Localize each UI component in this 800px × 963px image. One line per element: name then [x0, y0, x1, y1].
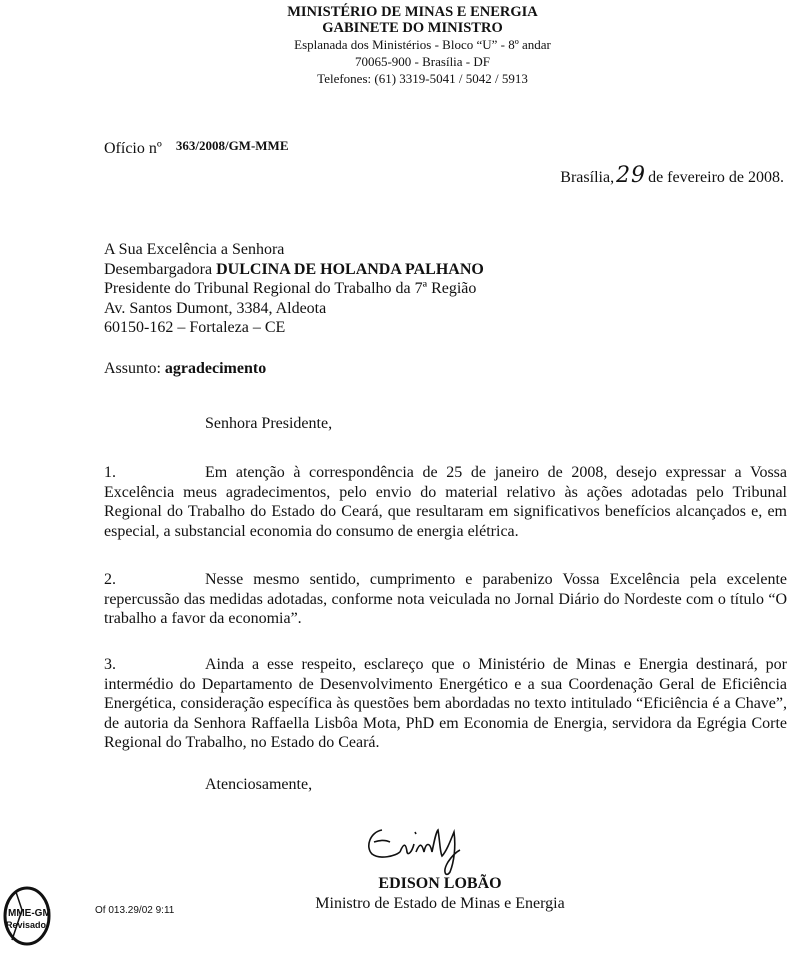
phone-line: Telefones: (61) 3319-5041 / 5042 / 5913 — [0, 70, 800, 87]
date-day-handwritten: 29 — [616, 163, 646, 188]
recipient-line: Desembargadora DULCINA DE HOLANDA PALHAN… — [104, 260, 484, 280]
recipient-line: Av. Santos Dumont, 3384, Aldeota — [104, 299, 484, 319]
salutation: Senhora Presidente, — [205, 415, 332, 433]
paragraph-number: 3. — [104, 655, 205, 675]
letter-date: Brasília,29de fevereiro de 2008. — [560, 163, 784, 188]
oficio-reference: Ofício nº363/2008/GM-MME — [104, 138, 289, 158]
closing: Atenciosamente, — [205, 776, 312, 794]
cabinet-name: GABINETE DO MINISTRO — [0, 20, 800, 36]
paragraph-text: Ainda a esse respeito, esclareço que o M… — [104, 656, 787, 751]
document-code: Of 013.29/02 9:11 — [95, 905, 174, 916]
paragraph-number: 1. — [104, 463, 205, 483]
date-city: Brasília, — [560, 169, 614, 186]
paragraph-text: Em atenção à correspondência de 25 de ja… — [104, 464, 787, 540]
letterhead: MINISTÉRIO DE MINAS E ENERGIA GABINETE D… — [0, 4, 800, 87]
recipient-block: A Sua Excelência a Senhora Desembargador… — [104, 240, 484, 338]
stamp-text-1: MME-GM — [8, 908, 51, 919]
paragraph-number: 2. — [104, 570, 205, 590]
paragraph-1: 1.Em atenção à correspondência de 25 de … — [104, 463, 787, 541]
subject-value: agradecimento — [165, 360, 266, 377]
signer-role: Ministro de Estado de Minas e Energia — [290, 895, 590, 913]
paragraph-2: 2.Nesse mesmo sentido, cumprimento e par… — [104, 570, 787, 629]
subject-line: Assunto: agradecimento — [104, 360, 266, 378]
stamp-text-2: Revisado — [6, 920, 47, 930]
recipient-name: DULCINA DE HOLANDA PALHANO — [216, 261, 484, 278]
revision-stamp: MME-GM Revisado — [2, 880, 62, 955]
ministry-name: MINISTÉRIO DE MINAS E ENERGIA — [0, 4, 800, 20]
date-rest: de fevereiro de 2008. — [648, 169, 784, 186]
recipient-line: Presidente do Tribunal Regional do Traba… — [104, 279, 484, 299]
paragraph-text: Nesse mesmo sentido, cumprimento e parab… — [104, 571, 787, 627]
oficio-label: Ofício nº — [104, 140, 162, 157]
signer-name: EDISON LOBÃO — [300, 875, 580, 893]
recipient-line: A Sua Excelência a Senhora — [104, 240, 484, 260]
oficio-number: 363/2008/GM-MME — [176, 138, 289, 153]
paragraph-3: 3.Ainda a esse respeito, esclareço que o… — [104, 655, 787, 753]
address-line: Esplanada dos Ministérios - Bloco “U” - … — [0, 36, 800, 53]
postal-line: 70065-900 - Brasília - DF — [0, 53, 800, 70]
recipient-line: 60150-162 – Fortaleza – CE — [104, 318, 484, 338]
